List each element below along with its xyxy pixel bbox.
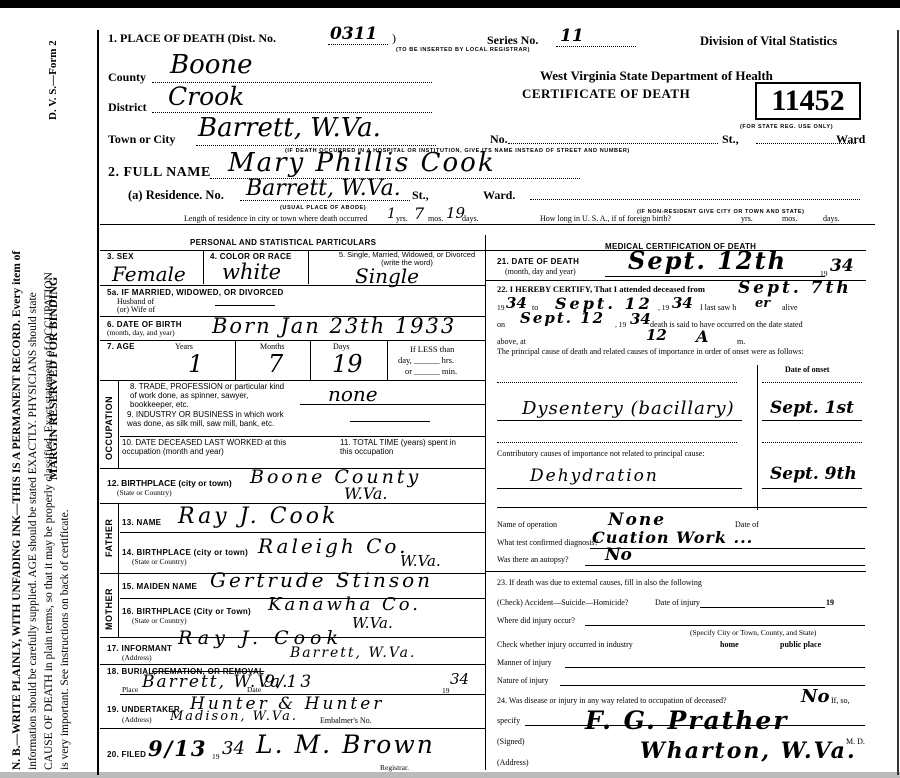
dod-line	[605, 276, 825, 277]
mother-birthplace-sublabel: (State or Country)	[132, 616, 187, 625]
birthplace-value-2: W.Va.	[344, 484, 387, 503]
operation-label: Name of operation	[497, 520, 557, 529]
age-months: 7	[268, 350, 283, 378]
dod-sublabel: (month, day and year)	[505, 267, 576, 276]
dist-no-line	[328, 44, 388, 45]
autopsy-line	[585, 565, 865, 566]
scan-top-edge	[0, 0, 900, 8]
dod-year: 34	[830, 256, 854, 276]
row-divider	[100, 664, 485, 665]
registrar-label: Registrar.	[380, 763, 409, 772]
dod-label: 21. DATE OF DEATH	[497, 257, 579, 266]
last-worked-label: 10. DATE DECEASED LAST WORKED at this oc…	[122, 438, 312, 456]
burial-year: 34	[450, 670, 469, 688]
residence-line	[240, 200, 410, 201]
physician-address: Wharton, W.Va.	[640, 738, 857, 764]
town-value: Barrett, W.Va.	[198, 113, 381, 143]
mother-birthplace-2: W.Va.	[352, 614, 393, 632]
undertaker-label: 19. UNDERTAKER	[107, 705, 180, 714]
am-pm: A	[696, 327, 708, 346]
industry-label: 9. INDUSTRY OR BUSINESS in which work wa…	[127, 410, 292, 428]
father-name-label: 13. NAME	[122, 518, 161, 527]
trade-value: none	[328, 382, 378, 406]
sex-value: Female	[112, 262, 186, 286]
series-note: (TO BE INSERTED BY LOCAL REGISTRAR)	[396, 47, 530, 53]
district-label: District	[108, 100, 147, 115]
birthplace-sublabel: (State or Country)	[117, 488, 172, 497]
row-divider	[100, 340, 485, 341]
contributory-cause: Dehydration	[530, 466, 659, 486]
foreign-months: mos.	[782, 214, 797, 223]
ward-label: Ward	[836, 132, 865, 147]
side-divider	[118, 573, 119, 637]
margin-instruction-3: CAUSE OF DEATH in plain terms, so that i…	[42, 272, 56, 770]
death-said-label: death is said to have occurred on the da…	[650, 320, 803, 329]
margin-instruction-4: is very important. See instructions on b…	[58, 509, 72, 770]
months-label: mos.	[428, 214, 443, 223]
occupation-side-label: OCCUPATION	[104, 396, 114, 460]
personal-section-title: PERSONAL AND STATISTICAL PARTICULARS	[190, 238, 376, 247]
physician-address-label: (Address)	[497, 758, 529, 767]
cause-line	[497, 382, 737, 383]
last-saw-label: I last saw h	[700, 303, 736, 312]
father-name-value: Ray J. Cook	[178, 504, 338, 529]
dod-value: Sept. 12th	[628, 246, 787, 275]
mother-birthplace-label: 16. BIRTHPLACE (City or Town)	[122, 607, 251, 616]
father-birthplace-label: 14. BIRTHPLACE (city or town)	[122, 548, 248, 557]
registrar-signature: L. M. Brown	[256, 730, 435, 759]
injury-date-label: Date of injury	[655, 598, 700, 607]
last-saw-date: Sept. 12	[520, 309, 605, 327]
binding-margin: MARGIN RESERVED FOR BINDING D. V. S.—For…	[8, 10, 94, 770]
district-value: Crook	[168, 82, 244, 111]
form-right-border	[897, 30, 899, 775]
father-birthplace-1: Raleigh Co.	[258, 534, 408, 558]
county-label: County	[108, 70, 146, 85]
injury-date-line	[700, 607, 825, 608]
row-divider	[486, 571, 866, 572]
father-birthplace-sublabel: (State or Country)	[132, 557, 187, 566]
row-divider	[120, 532, 485, 533]
birthplace-label: 12. BIRTHPLACE (city or town)	[107, 478, 232, 488]
residence-value: Barrett, W.Va.	[246, 176, 401, 201]
cell-divider	[235, 340, 236, 380]
dod-year-prefix: 19	[820, 269, 828, 278]
onset-line	[762, 420, 862, 421]
foreign-days: days.	[823, 214, 840, 223]
residence-label: (a) Residence. No.	[128, 188, 224, 203]
filed-year-prefix: 19	[212, 752, 220, 761]
length-months: 7	[414, 204, 424, 223]
age-days: 19	[332, 350, 363, 378]
street-label: St.,	[722, 132, 739, 147]
burial-place-label: Place	[122, 685, 138, 694]
burial-date-label: Date	[247, 685, 261, 694]
home-label: home	[720, 640, 739, 649]
married-dash	[215, 305, 275, 306]
column-divider	[485, 235, 486, 770]
margin-instruction-2: information should be carefully supplied…	[26, 292, 40, 770]
where-sublabel: (Specify City or Town, County, and State…	[690, 628, 816, 637]
primary-cause: Dysentery (bacillary)	[522, 398, 735, 419]
married-label: 5a. IF MARRIED, WIDOWED, OR DIVORCED	[107, 288, 284, 297]
cause-line	[497, 507, 867, 508]
district-number: 0311	[330, 24, 377, 44]
birthplace-value-1: Boone County	[250, 466, 421, 488]
abode-note: (USUAL PLACE OF ABODE)	[280, 205, 366, 211]
attended-from: Sept. 7th	[738, 278, 852, 298]
informant-address-label: (Address)	[122, 653, 152, 662]
burial-date: 9/13	[264, 672, 314, 692]
industry-check-label: Check whether injury occurred in industr…	[497, 640, 633, 649]
where-line	[585, 625, 865, 626]
cell-divider	[310, 340, 311, 380]
mother-maiden-value: Gertrude Stinson	[210, 568, 433, 592]
side-divider	[118, 380, 119, 468]
day-hrs-label: day, ______ hrs.	[398, 355, 454, 365]
certify-label: 22. I HEREBY CERTIFY, That I attended de…	[497, 284, 705, 294]
street-line	[508, 143, 718, 144]
sex-label: 3. SEX	[107, 252, 134, 261]
county-value: Boone	[170, 50, 253, 80]
manner-line	[565, 667, 865, 668]
years-label: yrs.	[396, 214, 408, 223]
onset-line	[762, 382, 862, 383]
onset-line	[762, 442, 862, 443]
scan-bottom-edge	[0, 772, 900, 778]
full-name-label: 2. FULL NAME	[108, 165, 211, 181]
informant-label: 17. INFORMANT	[107, 644, 172, 653]
form-id: D. V. S.—Form 2	[46, 40, 60, 120]
length-years: 1	[387, 206, 396, 222]
primary-cause-onset: Sept. 1st	[770, 398, 854, 418]
dob-sublabel: (month, day, and year)	[107, 328, 175, 337]
nonresident-line	[530, 199, 860, 200]
row-divider	[120, 436, 485, 437]
informant-address: Barrett, W.Va.	[290, 645, 416, 661]
foreign-years: yrs.	[741, 214, 753, 223]
wife-label: (or) Wife of	[117, 305, 155, 314]
mother-maiden-label: 15. MAIDEN NAME	[122, 582, 197, 591]
age-label: 7. AGE	[107, 342, 135, 351]
autopsy-value: No	[605, 545, 632, 565]
division-title: Division of Vital Statistics	[700, 34, 837, 49]
on-label: on	[497, 320, 505, 329]
if-so-label: If, so,	[831, 696, 849, 705]
manner-label: Manner of injury	[497, 658, 552, 667]
cell-divider	[203, 250, 204, 284]
series-line	[556, 46, 636, 47]
race-value: white	[222, 260, 281, 284]
onset-line	[762, 488, 862, 489]
to-year: 34	[672, 294, 693, 312]
test-label: What test confirmed diagnosis?	[497, 538, 598, 547]
occupation-related-label: 24. Was disease or injury in any way rel…	[497, 696, 727, 705]
cause-line	[497, 420, 742, 421]
form-left-border	[97, 30, 99, 775]
public-place-label: public place	[780, 640, 821, 649]
time-of-death: 12	[646, 326, 667, 344]
header-divider	[100, 224, 875, 225]
residence-st-label: St.,	[412, 188, 429, 203]
cause-line	[497, 488, 742, 489]
or-min-label: or ______ min.	[405, 366, 457, 376]
contributory-label: Contributory causes of importance not re…	[497, 450, 717, 458]
signed-label: (Signed)	[497, 737, 525, 746]
injury-year-prefix: 19	[826, 598, 834, 607]
residence-ward-label: Ward.	[483, 188, 515, 203]
place-of-death-label: 1. PLACE OF DEATH (Dist. No.	[108, 31, 276, 46]
nature-label: Nature of injury	[497, 676, 549, 685]
certificate-title: CERTIFICATE OF DEATH	[522, 86, 690, 102]
trade-line	[300, 404, 485, 405]
cause-label: The principal cause of death and related…	[497, 347, 804, 356]
operation-value: None	[608, 510, 666, 530]
row-divider	[100, 380, 485, 381]
check-manner-label: (Check) Accident—Suicide—Homicide?	[497, 598, 628, 607]
cause-line	[497, 442, 737, 443]
m-label: m.	[737, 337, 745, 346]
specify-label: specify	[497, 716, 520, 725]
series-label: Series No.	[487, 33, 538, 48]
father-side-label: FATHER	[104, 519, 114, 557]
cert-number-note: (FOR STATE REG. USE ONLY)	[740, 124, 833, 130]
margin-instruction-1: N. B.—WRITE PLAINLY, WITH UNFADING INK—T…	[10, 251, 24, 770]
town-label: Town or City	[108, 132, 175, 147]
external-causes-label: 23. If death was due to external causes,…	[497, 578, 702, 587]
onset-label: Date of onset	[785, 365, 829, 374]
autopsy-label: Was there an autopsy?	[497, 555, 569, 564]
age-years: 1	[188, 350, 203, 378]
mother-side-label: MOTHER	[104, 588, 114, 630]
foreign-birth-label: How long in U. S. A., if of foreign birt…	[540, 214, 671, 223]
row-divider	[100, 728, 485, 729]
length-label: Length of residence in city or town wher…	[184, 214, 367, 223]
total-time-label: 11. TOTAL TIME (years) spent in this occ…	[340, 438, 460, 456]
alive-label: alive	[782, 303, 798, 312]
street-no-label: No.	[490, 132, 508, 147]
cell-divider	[387, 340, 388, 380]
dob-value: Born Jan 23th 1933	[212, 314, 456, 338]
side-divider	[118, 503, 119, 573]
days-label: days.	[462, 214, 479, 223]
above-at-label: above, at	[497, 337, 526, 346]
filed-year: 34	[222, 738, 245, 759]
cell-divider	[308, 250, 309, 284]
series-number: 11	[560, 26, 584, 46]
undertaker-address-label: (Address)	[122, 715, 152, 724]
certificate-number-box: 11452	[755, 82, 861, 120]
trade-label: 8. TRADE, PROFESSION or particular kind …	[130, 382, 290, 409]
undertaker-address: Madison, W.Va.	[170, 709, 298, 724]
last-saw-pronoun: er	[755, 296, 770, 311]
onset-divider	[757, 365, 758, 510]
where-injury-label: Where did injury occur?	[497, 616, 575, 625]
industry-dash	[350, 421, 430, 422]
embalmer-label: Embalmer's No.	[320, 716, 372, 725]
full-name-value: Mary Phillis Cook	[228, 148, 496, 178]
town-line	[196, 145, 436, 146]
department-title: West Virginia State Department of Health	[540, 68, 773, 84]
occupation-related-value: No	[801, 686, 829, 707]
mother-birthplace-1: Kanawha Co.	[268, 594, 421, 615]
row-divider	[100, 285, 485, 286]
less-than-label: If LESS than	[410, 344, 454, 354]
filed-date: 9/13	[148, 736, 208, 761]
contributory-onset: Sept. 9th	[770, 464, 857, 484]
certify-text: 22. I HEREBY CERTIFY, That I attended de…	[497, 284, 705, 294]
filed-label: 20. FILED	[107, 750, 146, 759]
physician-signature: F. G. Prather	[585, 706, 788, 735]
